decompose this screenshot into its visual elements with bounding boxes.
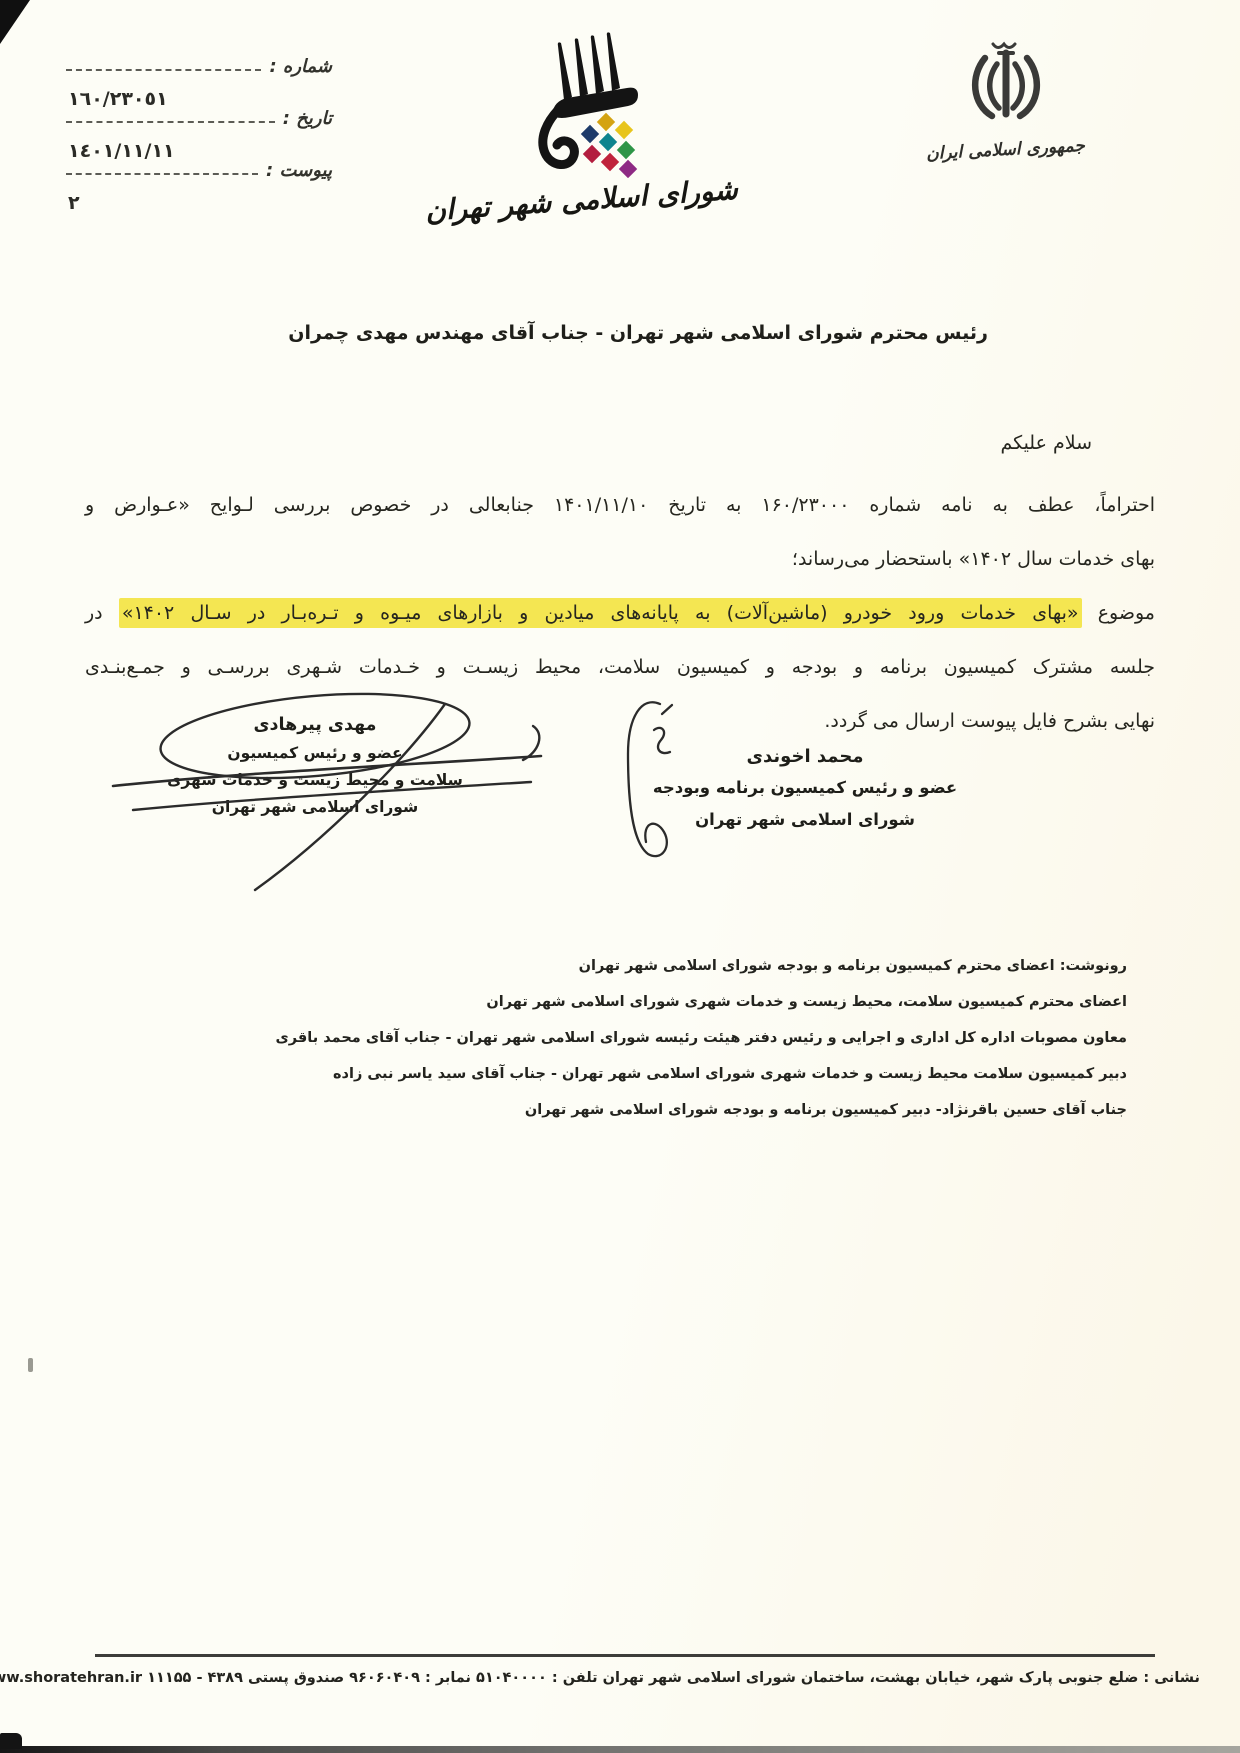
scan-artifact-top-left-corner <box>0 0 30 44</box>
iran-emblem-icon <box>946 36 1066 136</box>
cc-list: رونوشت: اعضای محترم کمیسیون برنامه و بود… <box>276 948 1128 1128</box>
highlighted-subject: «بهای خدمات ورود خودرو (ماشین‌آلات) به پ… <box>119 598 1082 628</box>
scan-artifact-edge-mark <box>28 1358 33 1372</box>
signer-title-left-2: سلامت و محیط زیست و خدمات شهری <box>150 767 480 794</box>
signer-title-left-1: عضو و رئیس کمیسیون <box>150 740 480 767</box>
date-row: تاریخ : <box>62 108 334 129</box>
signer-name-right: محمد اخوندی <box>640 742 970 772</box>
signature-block-right: محمد اخوندی عضو و رئیس کمیسیون برنامه وب… <box>640 742 970 836</box>
dashed-line <box>66 173 258 175</box>
dashed-line <box>66 69 261 71</box>
scan-artifact-bottom-strip <box>0 1746 1240 1753</box>
cc-line: جناب آقای حسین باقرنژاد- دبیر کمیسیون بر… <box>276 1092 1128 1128</box>
body-line-1: احتراماً، عطف به نامه شماره ۱۶۰/۲۳۰۰۰ به… <box>85 478 1155 532</box>
website-url: www.shoratehran.ir <box>0 1670 142 1686</box>
footer-text: نشانی : ضلع جنوبی پارک شهر، خیابان بهشت،… <box>147 1670 1200 1686</box>
attachment-label: پیوست : <box>266 160 334 181</box>
logo-color-diamonds <box>581 113 637 178</box>
scanned-letter-page: شماره : ١٦٠/٢٣٠٥١ تاریخ : ١٤٠١/١١/١١ پیو… <box>0 0 1240 1753</box>
cc-line: رونوشت: اعضای محترم کمیسیون برنامه و بود… <box>276 948 1128 984</box>
letter-body: احتراماً، عطف به نامه شماره ۱۶۰/۲۳۰۰۰ به… <box>85 478 1155 748</box>
tehran-council-logo-icon <box>500 26 650 178</box>
attachment-value: ٢ <box>68 192 80 214</box>
iran-emblem-caption: جمهوری اسلامی ایران <box>903 135 1109 166</box>
scan-artifact-bottom-left-corner <box>0 1733 22 1749</box>
signer-title-left-3: شورای اسلامی شهر تهران <box>150 794 480 821</box>
iran-emblem-block: جمهوری اسلامی ایران <box>903 36 1108 160</box>
signer-name-left: مهدی پیرهادی <box>150 710 480 740</box>
subject-prefix: موضوع <box>1082 602 1155 624</box>
number-row: شماره : <box>62 56 334 77</box>
cc-line: دبیر کمیسیون سلامت محیط زیست و خدمات شهر… <box>276 1056 1128 1092</box>
body-line-4: جلسه مشترک کمیسیون برنامه و بودجه و کمیس… <box>85 640 1155 694</box>
salutation: سلام علیکم <box>1000 432 1092 454</box>
body-line-3: موضوع «بهای خدمات ورود خودرو (ماشین‌آلات… <box>85 586 1155 640</box>
cc-line: معاون مصوبات اداره کل اداری و اجرایی و ر… <box>276 1020 1128 1056</box>
body-line-2: بهای خدمات سال ۱۴۰۲» باستحضار می‌رساند؛ <box>85 532 1155 586</box>
signature-block-left: مهدی پیرهادی عضو و رئیس کمیسیون سلامت و … <box>150 710 480 821</box>
council-letterhead-block: شورای اسلامی شهر تهران <box>425 26 725 217</box>
recipient-line: رئیس محترم شورای اسلامی شهر تهران - جناب… <box>288 322 988 344</box>
signer-title-right-2: شورای اسلامی شهر تهران <box>640 804 970 836</box>
footer-divider <box>95 1654 1155 1657</box>
date-label: تاریخ : <box>283 108 334 129</box>
date-value: ١٤٠١/١١/١١ <box>68 140 175 162</box>
dashed-line <box>66 121 275 123</box>
subject-suffix: در <box>85 602 119 624</box>
footer-address: نشانی : ضلع جنوبی پارک شهر، خیابان بهشت،… <box>40 1670 1200 1686</box>
signer-title-right-1: عضو و رئیس کمیسیون برنامه وبودجه <box>640 772 970 804</box>
number-label: شماره : <box>269 56 334 77</box>
number-value: ١٦٠/٢٣٠٥١ <box>68 88 168 110</box>
council-logo-caption: شورای اسلامی شهر تهران <box>424 174 726 228</box>
cc-line: اعضای محترم کمیسیون سلامت، محیط زیست و خ… <box>276 984 1128 1020</box>
attachment-row: پیوست : <box>62 160 334 181</box>
